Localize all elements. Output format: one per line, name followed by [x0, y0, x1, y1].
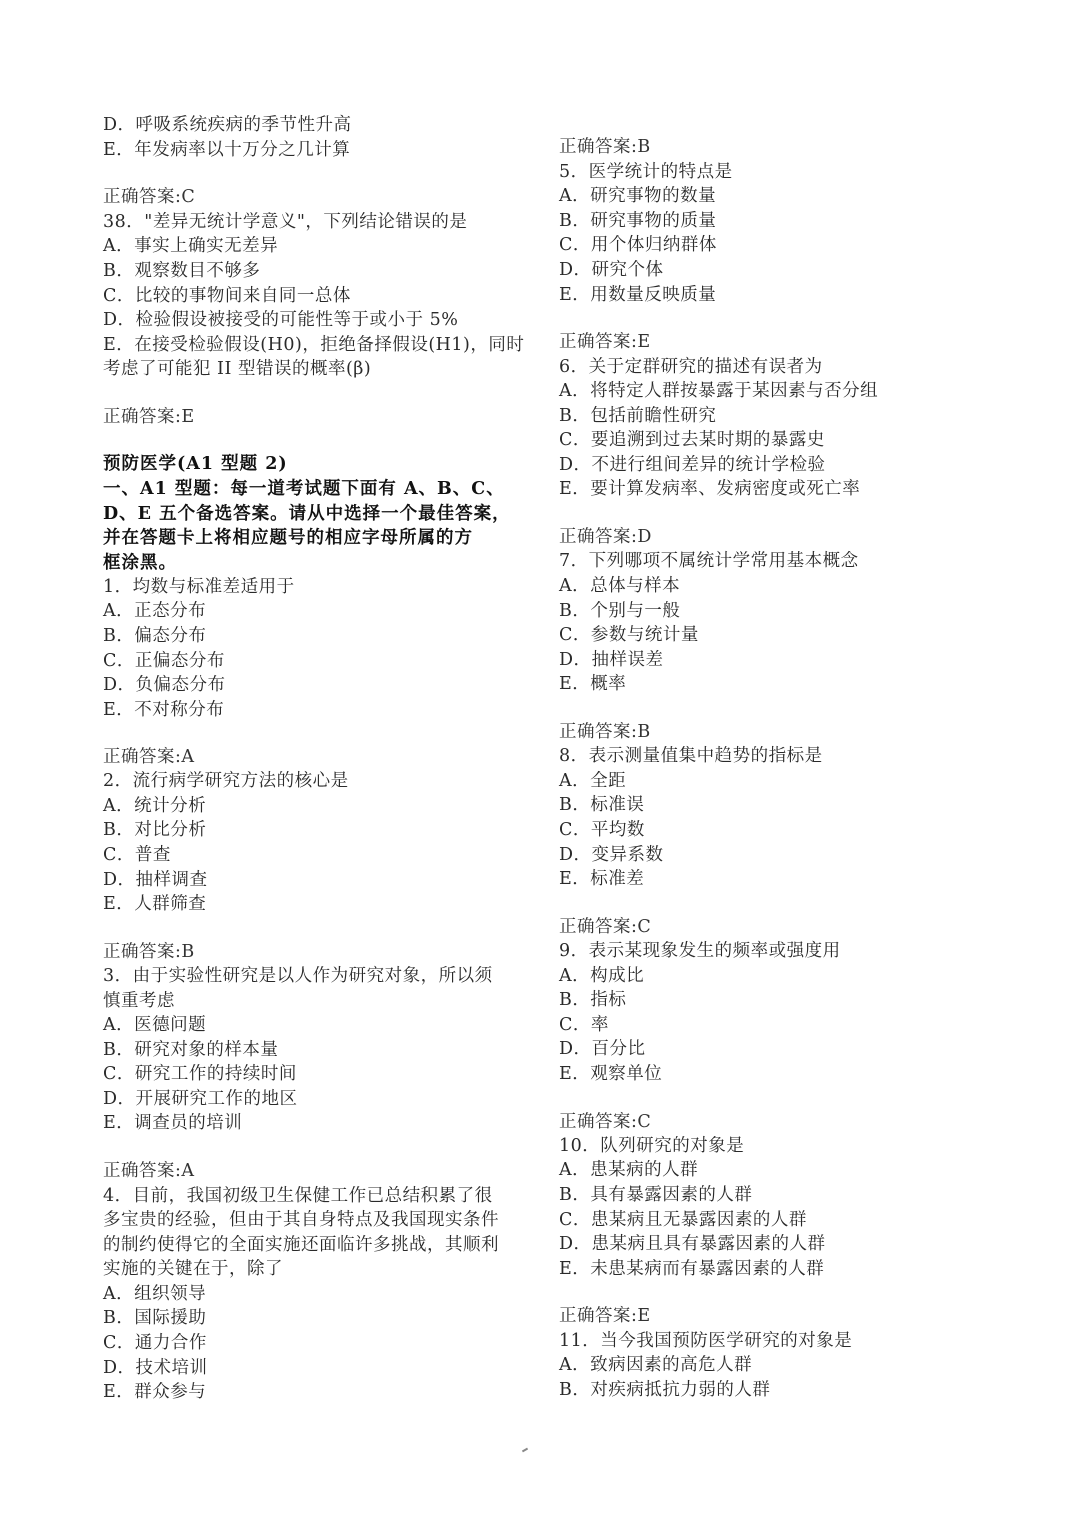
answer-option: A．致病因素的高危人群 [559, 1353, 752, 1377]
answer-option: C．用个体归纳群体 [559, 233, 717, 257]
question-text: 38．"差异无统计学意义"，下列结论错误的是 [103, 210, 467, 234]
answer-option: C．研究工作的持续时间 [103, 1062, 297, 1086]
question-text: 5．医学统计的特点是 [559, 160, 733, 184]
answer-option: B．国际援助 [103, 1306, 206, 1330]
answer-option: B．包括前瞻性研究 [559, 404, 716, 428]
answer-option: A．正态分布 [103, 599, 206, 623]
correct-answer: 正确答案:C [559, 1110, 651, 1134]
section-heading: 一、A1 型题：每一道考试题下面有 A、B、C、 [103, 477, 505, 501]
question-text: 的制约使得它的全面实施还面临许多挑战，其顺利 [103, 1233, 499, 1257]
answer-option: D．检验假设被接受的可能性等于或小于 5% [103, 308, 458, 332]
answer-option: E．在接受检验假设(H0)，拒绝备择假设(H1)，同时 [103, 333, 524, 357]
correct-answer: 正确答案:B [103, 940, 195, 964]
answer-option: A．研究事物的数量 [559, 184, 716, 208]
question-text: 实施的关键在于，除了 [103, 1257, 283, 1281]
answer-option: A．事实上确实无差异 [103, 234, 278, 258]
answer-option: B．研究事物的质量 [559, 209, 716, 233]
answer-option: E．调查员的培训 [103, 1111, 242, 1135]
section-heading: 预防医学(A1 型题 2) [103, 452, 288, 476]
answer-option: B．偏态分布 [103, 624, 206, 648]
answer-option: E．未患某病而有暴露因素的人群 [559, 1257, 824, 1281]
answer-option: D．技术培训 [103, 1356, 208, 1380]
section-heading: 并在答题卡上将相应题号的相应字母所属的方 [103, 526, 473, 550]
answer-option: E．要计算发病率、发病密度或死亡率 [559, 477, 860, 501]
correct-answer: 正确答案:B [559, 720, 651, 744]
correct-answer: 正确答案:A [103, 1159, 195, 1183]
answer-option: E．标准差 [559, 867, 644, 891]
answer-option: A．将特定人群按暴露于某因素与否分组 [559, 379, 878, 403]
section-heading: 框涂黑。 [103, 551, 177, 575]
answer-option: D．抽样调查 [103, 868, 208, 892]
correct-answer: 正确答案:C [559, 915, 651, 939]
answer-option: A．全距 [559, 769, 626, 793]
answer-option: B．对比分析 [103, 818, 206, 842]
answer-option: D．百分比 [559, 1037, 646, 1061]
answer-option: D．呼吸系统疾病的季节性升高 [103, 113, 352, 137]
answer-option: A．医德问题 [103, 1013, 206, 1037]
answer-option: E．群众参与 [103, 1380, 206, 1404]
answer-option: C．要追溯到过去某时期的暴露史 [559, 428, 825, 452]
question-text: 11．当今我国预防医学研究的对象是 [559, 1329, 852, 1353]
question-text: 6．关于定群研究的描述有误者为 [559, 355, 823, 379]
correct-answer: 正确答案:E [559, 1304, 651, 1328]
answer-option: D．开展研究工作的地区 [103, 1087, 298, 1111]
correct-answer: 正确答案:E [559, 330, 651, 354]
answer-option: C．平均数 [559, 818, 645, 842]
question-text: 10．队列研究的对象是 [559, 1134, 744, 1158]
question-text: 3．由于实验性研究是以人作为研究对象，所以须 [103, 964, 493, 988]
question-text: 多宝贵的经验，但由于其自身特点及我国现实条件 [103, 1208, 499, 1232]
answer-option: B．观察数目不够多 [103, 259, 260, 283]
answer-option: B．研究对象的样本量 [103, 1038, 278, 1062]
answer-option: D．患某病且具有暴露因素的人群 [559, 1232, 826, 1256]
answer-option: A．组织领导 [103, 1282, 206, 1306]
question-text: 2．流行病学研究方法的核心是 [103, 769, 349, 793]
answer-option: C．比较的事物间来自同一总体 [103, 284, 351, 308]
answer-option: E．年发病率以十万分之几计算 [103, 138, 350, 162]
answer-option: B．对疾病抵抗力弱的人群 [559, 1378, 770, 1402]
question-text: 7．下列哪项不属统计学常用基本概念 [559, 549, 859, 573]
answer-option: E．用数量反映质量 [559, 283, 716, 307]
answer-option: A．统计分析 [103, 794, 206, 818]
correct-answer: 正确答案:E [103, 405, 195, 429]
question-text: 8．表示测量值集中趋势的指标是 [559, 744, 823, 768]
answer-option: D．不进行组间差异的统计学检验 [559, 453, 826, 477]
correct-answer: 正确答案:C [103, 185, 195, 209]
answer-option: E．观察单位 [559, 1062, 662, 1086]
question-text: 1．均数与标准差适用于 [103, 575, 295, 599]
answer-option: D．变异系数 [559, 843, 664, 867]
answer-option: C．正偏态分布 [103, 649, 225, 673]
scan-artifact-mark [522, 1448, 528, 1453]
answer-option: C．率 [559, 1013, 609, 1037]
answer-option: B．个别与一般 [559, 599, 680, 623]
answer-option: A．总体与样本 [559, 574, 680, 598]
answer-option: B．指标 [559, 988, 626, 1012]
answer-option: B．标准误 [559, 793, 644, 817]
question-text: 9．表示某现象发生的频率或强度用 [559, 939, 841, 963]
answer-option: B．具有暴露因素的人群 [559, 1183, 752, 1207]
answer-option: C．普查 [103, 843, 171, 867]
answer-option: E．人群筛查 [103, 892, 206, 916]
correct-answer: 正确答案:B [559, 135, 651, 159]
correct-answer: 正确答案:A [103, 745, 195, 769]
question-text: 4．目前，我国初级卫生保健工作已总结积累了很 [103, 1184, 493, 1208]
answer-option: C．参数与统计量 [559, 623, 699, 647]
answer-option: C．通力合作 [103, 1331, 207, 1355]
answer-option: C．患某病且无暴露因素的人群 [559, 1208, 807, 1232]
section-heading: D、E 五个备选答案。请从中选择一个最佳答案， [103, 502, 511, 526]
question-text: 慎重考虑 [103, 989, 175, 1013]
answer-option: E．不对称分布 [103, 698, 224, 722]
answer-option: 考虑了可能犯 II 型错误的概率(β) [103, 357, 371, 381]
answer-option: D．研究个体 [559, 258, 664, 282]
answer-option: A．构成比 [559, 964, 644, 988]
answer-option: A．患某病的人群 [559, 1158, 698, 1182]
answer-option: E．概率 [559, 672, 626, 696]
answer-option: D．负偏态分布 [103, 673, 226, 697]
answer-option: D．抽样误差 [559, 648, 664, 672]
correct-answer: 正确答案:D [559, 525, 652, 549]
